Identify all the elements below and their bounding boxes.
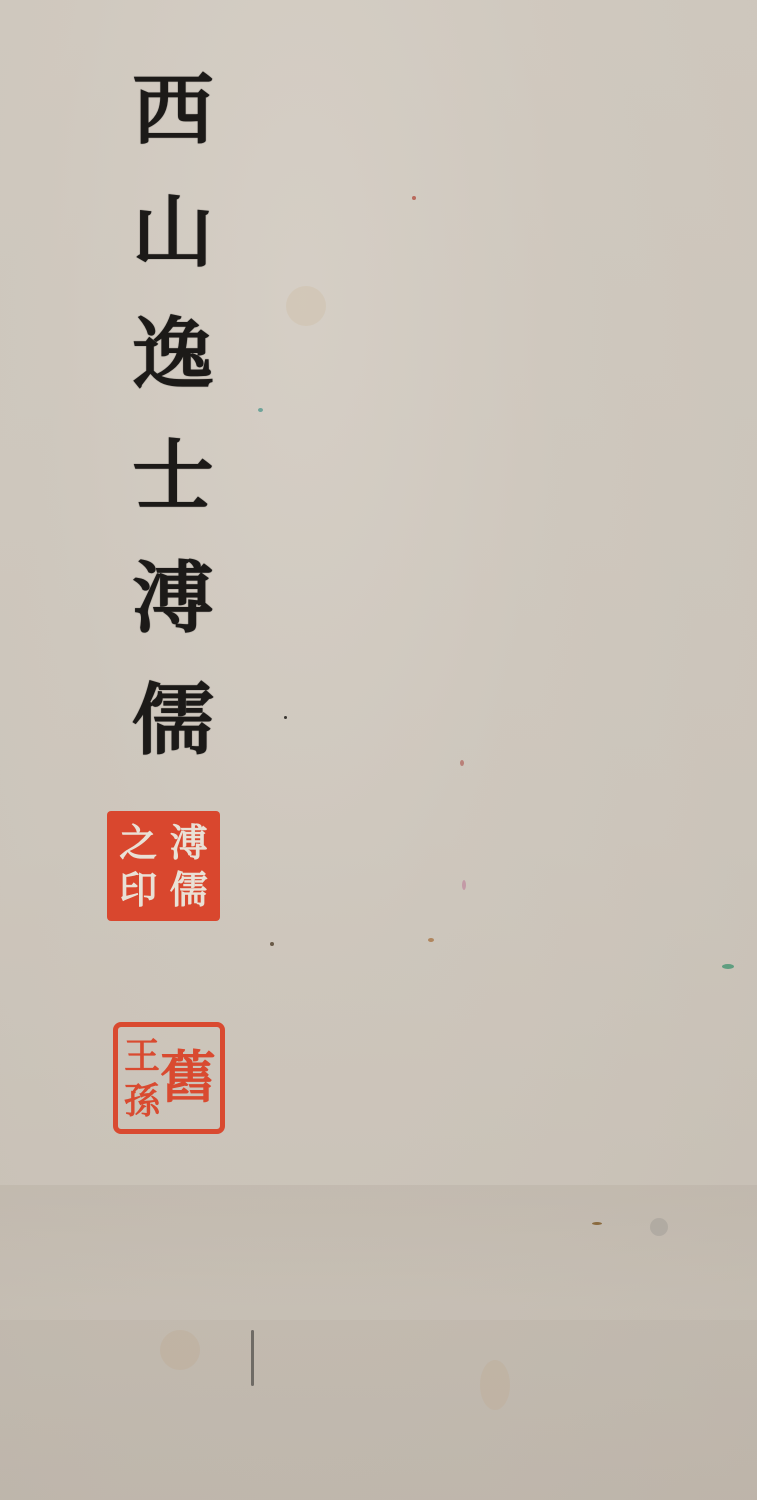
seal-1-char: 之 <box>119 824 157 862</box>
seal-intaglio: 之 印 溥 儒 <box>107 811 220 921</box>
paper-speck <box>428 938 434 942</box>
seal-2-char: 孫 <box>124 1083 160 1119</box>
signature-char-1: 西 <box>132 50 214 172</box>
paper-speck <box>722 964 734 969</box>
paper-speck <box>160 1330 200 1370</box>
paper-speck <box>412 196 416 200</box>
seal-2-right-column: 舊 <box>160 1033 216 1123</box>
signature-char-3: 逸 <box>132 294 214 416</box>
signature-char-4: 士 <box>132 416 214 538</box>
paper-speck <box>286 286 326 326</box>
seal-2-char: 舊 <box>160 1050 216 1106</box>
seal-1-char: 溥 <box>170 824 208 862</box>
mounting-band <box>0 1320 757 1500</box>
paper-speck <box>270 942 274 946</box>
seal-1-left-column: 之 印 <box>115 819 162 913</box>
paper-speck <box>592 1222 602 1225</box>
paper-speck <box>284 716 287 719</box>
seal-1-char: 儒 <box>170 871 208 909</box>
signature-column: 西 山 逸 士 溥 儒 <box>118 50 228 782</box>
ink-stroke-mark <box>251 1330 254 1386</box>
paper-speck <box>650 1218 668 1236</box>
paper-speck <box>462 880 466 890</box>
seal-1-char: 印 <box>119 871 157 909</box>
paper-speck <box>460 760 464 766</box>
signature-char-5: 溥 <box>132 538 214 660</box>
signature-char-6: 儒 <box>132 660 214 782</box>
signature-char-2: 山 <box>132 172 214 294</box>
paper-speck <box>258 408 263 412</box>
seal-2-char: 王 <box>124 1038 160 1074</box>
seal-2-left-column: 王 孫 <box>124 1033 160 1123</box>
paper-speck <box>480 1360 510 1410</box>
seal-relief: 王 孫 舊 <box>113 1022 225 1134</box>
seal-1-right-column: 溥 儒 <box>166 819 213 913</box>
